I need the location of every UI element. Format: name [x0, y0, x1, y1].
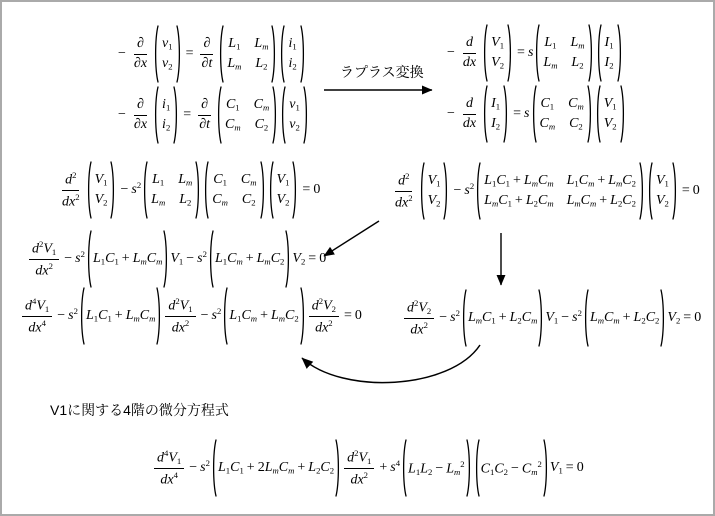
equation-v1-fourth-order-mixed: d4V1dx4−s2L1C1+LmCmd2V1dx2−s2L1Cm+LmC2d2…	[20, 286, 362, 346]
slide-page: −∂∂xv1v2=∂∂tL1LmLmL2i1i2 −∂∂xi1i2=∂∂tC1C…	[0, 0, 715, 516]
equation-v1-second-order-scalar: d2V1dx2−s2L1C1+LmCmV1−s2L1Cm+LmC2V2=0	[27, 229, 326, 289]
equation-time-domain-current: −∂∂xi1i2=∂∂tC1CmCmC2v1v2	[115, 85, 310, 145]
equation-second-order-expanded: d2dx2V1V2−s2L1C1+LmCmL1Cm+LmC2LmC1+L2CmL…	[390, 161, 700, 221]
equation-s-domain-voltage: −ddxV1V2=sL1LmLmL2I1I2	[444, 23, 624, 83]
equation-s-domain-current: −ddxI1I2=sC1CmCmC2V1V2	[444, 84, 627, 144]
equation-second-order-lc-product: d2dx2V1V2−s2L1LmLmL2C1CmCmC2V1V2=0	[57, 160, 320, 220]
equation-time-domain-voltage: −∂∂xv1v2=∂∂tL1LmLmL2i1i2	[115, 24, 307, 84]
derive-v1-down-left-arrow	[324, 221, 379, 256]
substitution-curved-arrow	[302, 345, 480, 383]
equation-v1-fourth-order-final: d4V1dx4−s2L1C1+2LmCm+L2C2d2V1dx2+s4L1L2−…	[152, 438, 584, 498]
fourth-order-note-label: V1に関する4階の微分方程式	[50, 400, 229, 420]
laplace-transform-label: ラプラス変換	[340, 62, 424, 82]
equation-v2-second-order-scalar: d2V2dx2−s2LmC1+L2CmV1−s2LmCm+L2C2V2=0	[402, 288, 701, 348]
